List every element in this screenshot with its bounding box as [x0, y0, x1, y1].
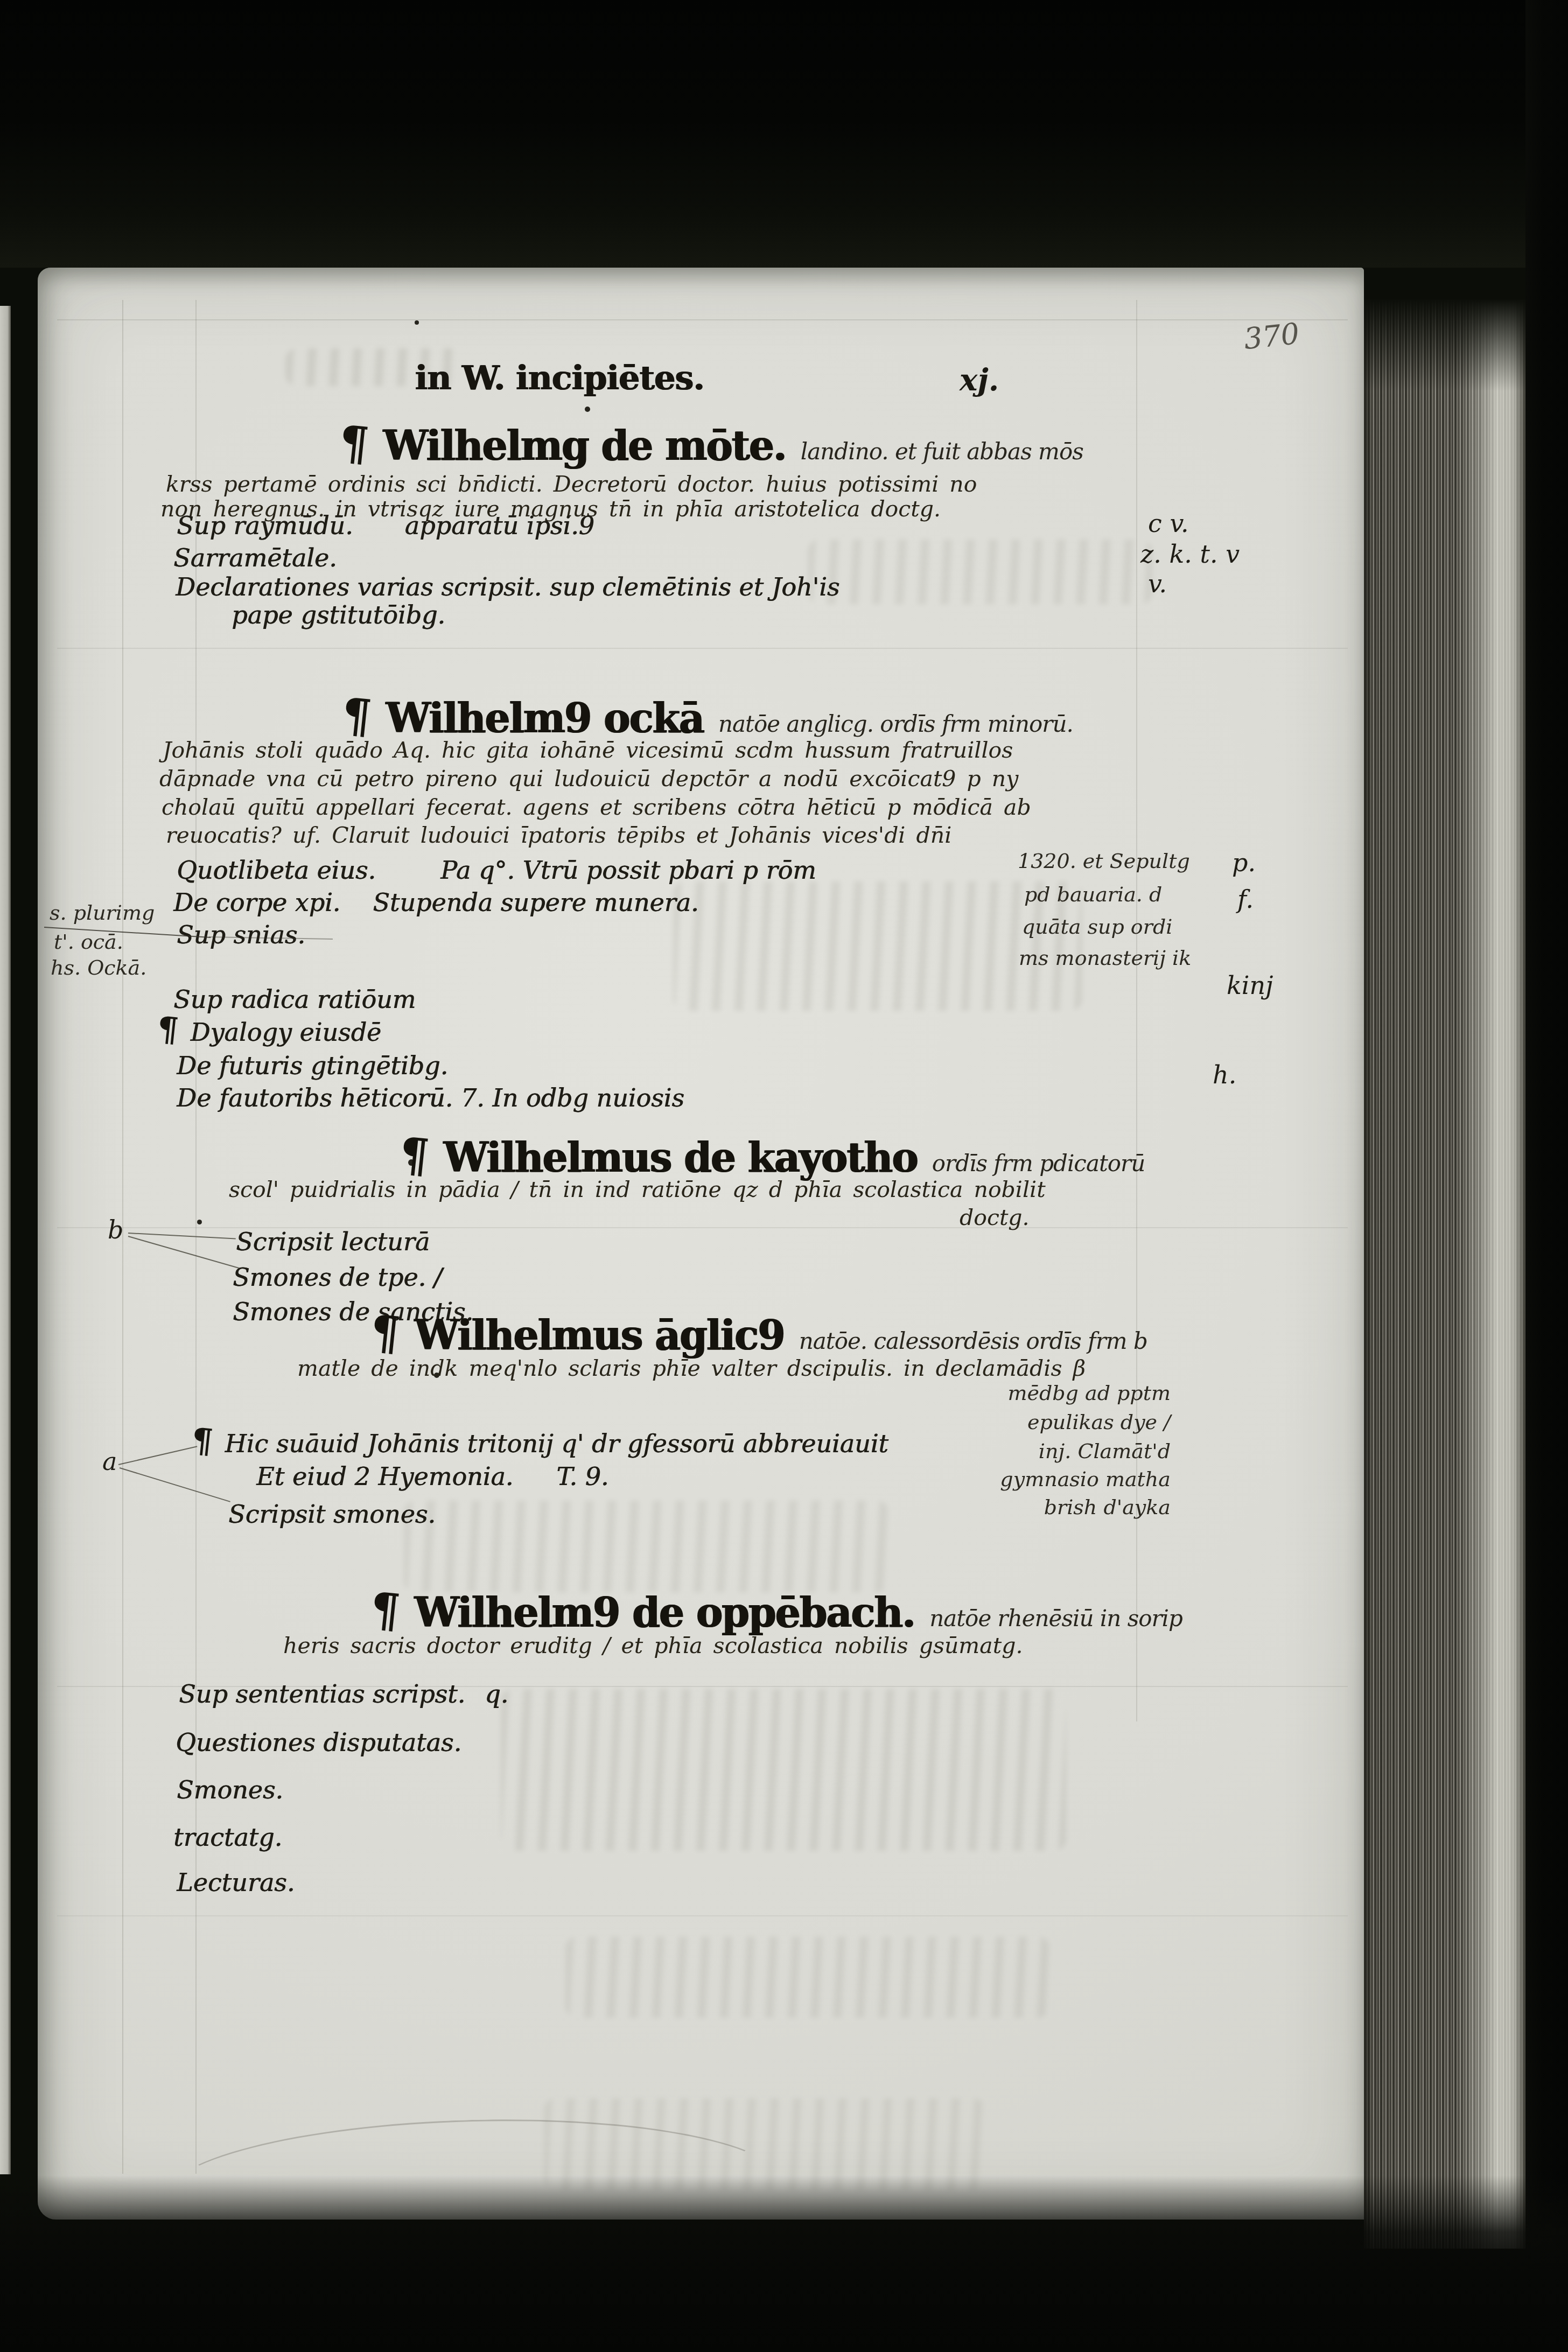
paragraph-mark-icon: ¶ — [155, 1009, 180, 1050]
work-item: ¶ Hic suāuid Johānis tritonij q' dr gfes… — [192, 1421, 888, 1460]
shelfmark: p. — [1232, 848, 1256, 877]
entry-heading: ¶ Wilhelmus āglic9 natōe. calessordēsis … — [370, 1306, 1147, 1360]
entry-headword: Wilhelmus āglic9 — [414, 1311, 784, 1359]
manuscript-photo: 370 in W. incipiētes. xj. ¶ Wilhelmg de … — [0, 0, 1568, 2352]
work-item: Smones de tpe. / — [233, 1263, 442, 1292]
folio-number: 370 — [1242, 317, 1301, 356]
entry-heading: ¶ Wilhelmus de kayotho ordīs frm pdicato… — [400, 1128, 1145, 1182]
leader-line — [128, 1233, 236, 1239]
ink-speck — [415, 320, 419, 325]
book-fore-edge — [1364, 299, 1527, 2249]
ink-speck — [585, 407, 590, 412]
work-item: Declarationes varias scripsit. sup clemē… — [176, 572, 839, 601]
work-item: Lecturas. — [177, 1868, 295, 1897]
running-header: in W. incipiētes. — [415, 358, 704, 397]
quire-numeral: xj. — [960, 362, 999, 398]
entry-line: Johānis stoli quādo Aq. hic gita iohānē … — [163, 737, 1013, 763]
side-note: gymnasio matha — [953, 1467, 1171, 1491]
entry-headword: Wilhelmg de mōte. — [383, 422, 786, 470]
margin-note: s. plurimg — [50, 901, 155, 925]
work-item: Scripsit smones. — [228, 1500, 436, 1529]
pilcrow-icon: ¶ — [368, 1304, 403, 1361]
entry-headword: Wilhelmus de kayotho — [443, 1133, 917, 1181]
entry-headnote: natōe rhenēsiū in sorip — [929, 1605, 1182, 1632]
ruling-line — [57, 648, 1348, 649]
entry-line: dāpnade vna cū petro pireno qui ludouicū… — [159, 766, 1018, 792]
entry-line: heris sacris doctor eruditg / et phīa sc… — [283, 1633, 1023, 1658]
shelfmark: z. k. t. v — [1140, 540, 1240, 569]
previous-page-edge — [0, 306, 11, 2174]
entry-headnote: natōe anglicg. ordīs frm minorū. — [718, 711, 1073, 737]
shelfmark: f. — [1237, 885, 1254, 914]
work-item: tractatg. — [173, 1823, 282, 1852]
entry-heading: ¶ Wilhelm9 de oppēbach. natōe rhenēsiū i… — [370, 1583, 1182, 1637]
side-note: epulikas dye / — [953, 1410, 1171, 1434]
leader-line — [118, 1446, 198, 1465]
work-item: De corpe xpi. Stupenda supere munera. — [173, 888, 698, 917]
photo-bottom-border — [0, 2175, 1568, 2352]
entry-heading: ¶ Wilhelmg de mōte. landino. et fuit abb… — [339, 416, 1083, 471]
entry-headword: Wilhelm9 de oppēbach. — [414, 1588, 914, 1636]
pilcrow-icon: ¶ — [337, 415, 372, 472]
ink-bleed — [565, 1937, 1050, 2018]
shelfmark: kinj — [1227, 971, 1273, 1000]
entry-headnote: natōe. calessordēsis ordīs frm b — [799, 1328, 1147, 1354]
margin-note: 1320. et Sepultg — [1018, 849, 1190, 873]
work-item: Questiones disputatas. — [176, 1728, 461, 1757]
work-item: De fautoribs hēticorū. 7. In odbg nuiosi… — [177, 1083, 684, 1112]
margin-note: hs. Ockā. — [51, 956, 146, 979]
entry-line: doctg. — [960, 1205, 1030, 1230]
entry-line: reuocatis? uf. Claruit ludouici īpatoris… — [166, 822, 951, 848]
shelfmark: c v. — [1148, 509, 1189, 538]
ink-bleed — [404, 1501, 888, 1592]
paragraph-mark-icon: ¶ — [190, 1420, 215, 1461]
ink-speck — [197, 1220, 202, 1224]
shelfmark: h. — [1213, 1060, 1236, 1089]
ruling-line — [57, 319, 1348, 320]
shelfmark: v. — [1148, 569, 1167, 598]
leader-line — [128, 1236, 240, 1269]
entry-line: cholaū quītū appellari fecerat. agens et… — [162, 794, 1031, 820]
fore-edge-shadow — [1364, 299, 1527, 391]
entry-headword: Wilhelm9 ockā — [386, 694, 703, 742]
work-item: Et eiud 2 Hyemonia. T. 9. — [256, 1462, 608, 1491]
ink-bleed — [501, 1689, 1066, 1851]
work-item: Sup raymūdū. apparatū ipsi.9 — [177, 511, 594, 540]
pilcrow-icon: ¶ — [397, 1126, 432, 1184]
entry-line: scol' puidrialis in pādia / tn̄ in ind r… — [229, 1177, 1046, 1202]
margin-letter: b — [108, 1215, 123, 1244]
margin-note: quāta sup ordi — [1022, 915, 1172, 939]
work-item: Sup sententias scripst. q. — [179, 1679, 508, 1709]
work-item: Sup snias. — [177, 920, 305, 949]
work-item: ¶ Dyalogy eiusdē — [157, 1010, 381, 1049]
ruling-line — [57, 1915, 1348, 1916]
entry-headnote: ordīs frm pdicatorū — [932, 1150, 1145, 1177]
entry-heading: ¶ Wilhelm9 ockā natōe anglicg. ordīs frm… — [342, 689, 1073, 743]
work-item: pape gstitutōibg. — [232, 600, 445, 629]
entry-line: matle de indk meq'nlo sclaris phīe valte… — [297, 1355, 1086, 1381]
side-note: brish d'ayka — [953, 1495, 1171, 1519]
margin-letter: a — [102, 1447, 117, 1476]
work-item: Scripsit lecturā — [236, 1227, 430, 1256]
work-item: De futuris gtingētibg. — [177, 1051, 448, 1080]
photo-top-border — [0, 0, 1568, 268]
ink-bleed — [808, 540, 1152, 604]
leader-line — [120, 1467, 230, 1502]
work-item: Smones. — [177, 1775, 283, 1804]
side-note: mēdbg ad pptm — [953, 1381, 1171, 1405]
work-item: Quotlibeta eius. Pa q°. Vtrū possit pbar… — [177, 856, 816, 885]
photo-right-border — [1525, 0, 1568, 2352]
entry-headnote: landino. et fuit abbas mōs — [801, 438, 1083, 465]
manuscript-page: 370 in W. incipiētes. xj. ¶ Wilhelmg de … — [38, 268, 1364, 2220]
pilcrow-icon: ¶ — [339, 687, 374, 744]
work-item: Sarramētale. — [173, 543, 337, 572]
margin-note: pd bauaria. d — [1024, 883, 1162, 906]
side-note: inj. Clamāt'd — [953, 1439, 1171, 1463]
margin-note: ms monasterij ik — [1019, 946, 1191, 970]
pilcrow-icon: ¶ — [368, 1581, 403, 1639]
margin-note: t'. ocā. — [54, 930, 123, 954]
entry-line: krss pertamē ordinis sci bn̄dicti. Decre… — [166, 471, 977, 497]
